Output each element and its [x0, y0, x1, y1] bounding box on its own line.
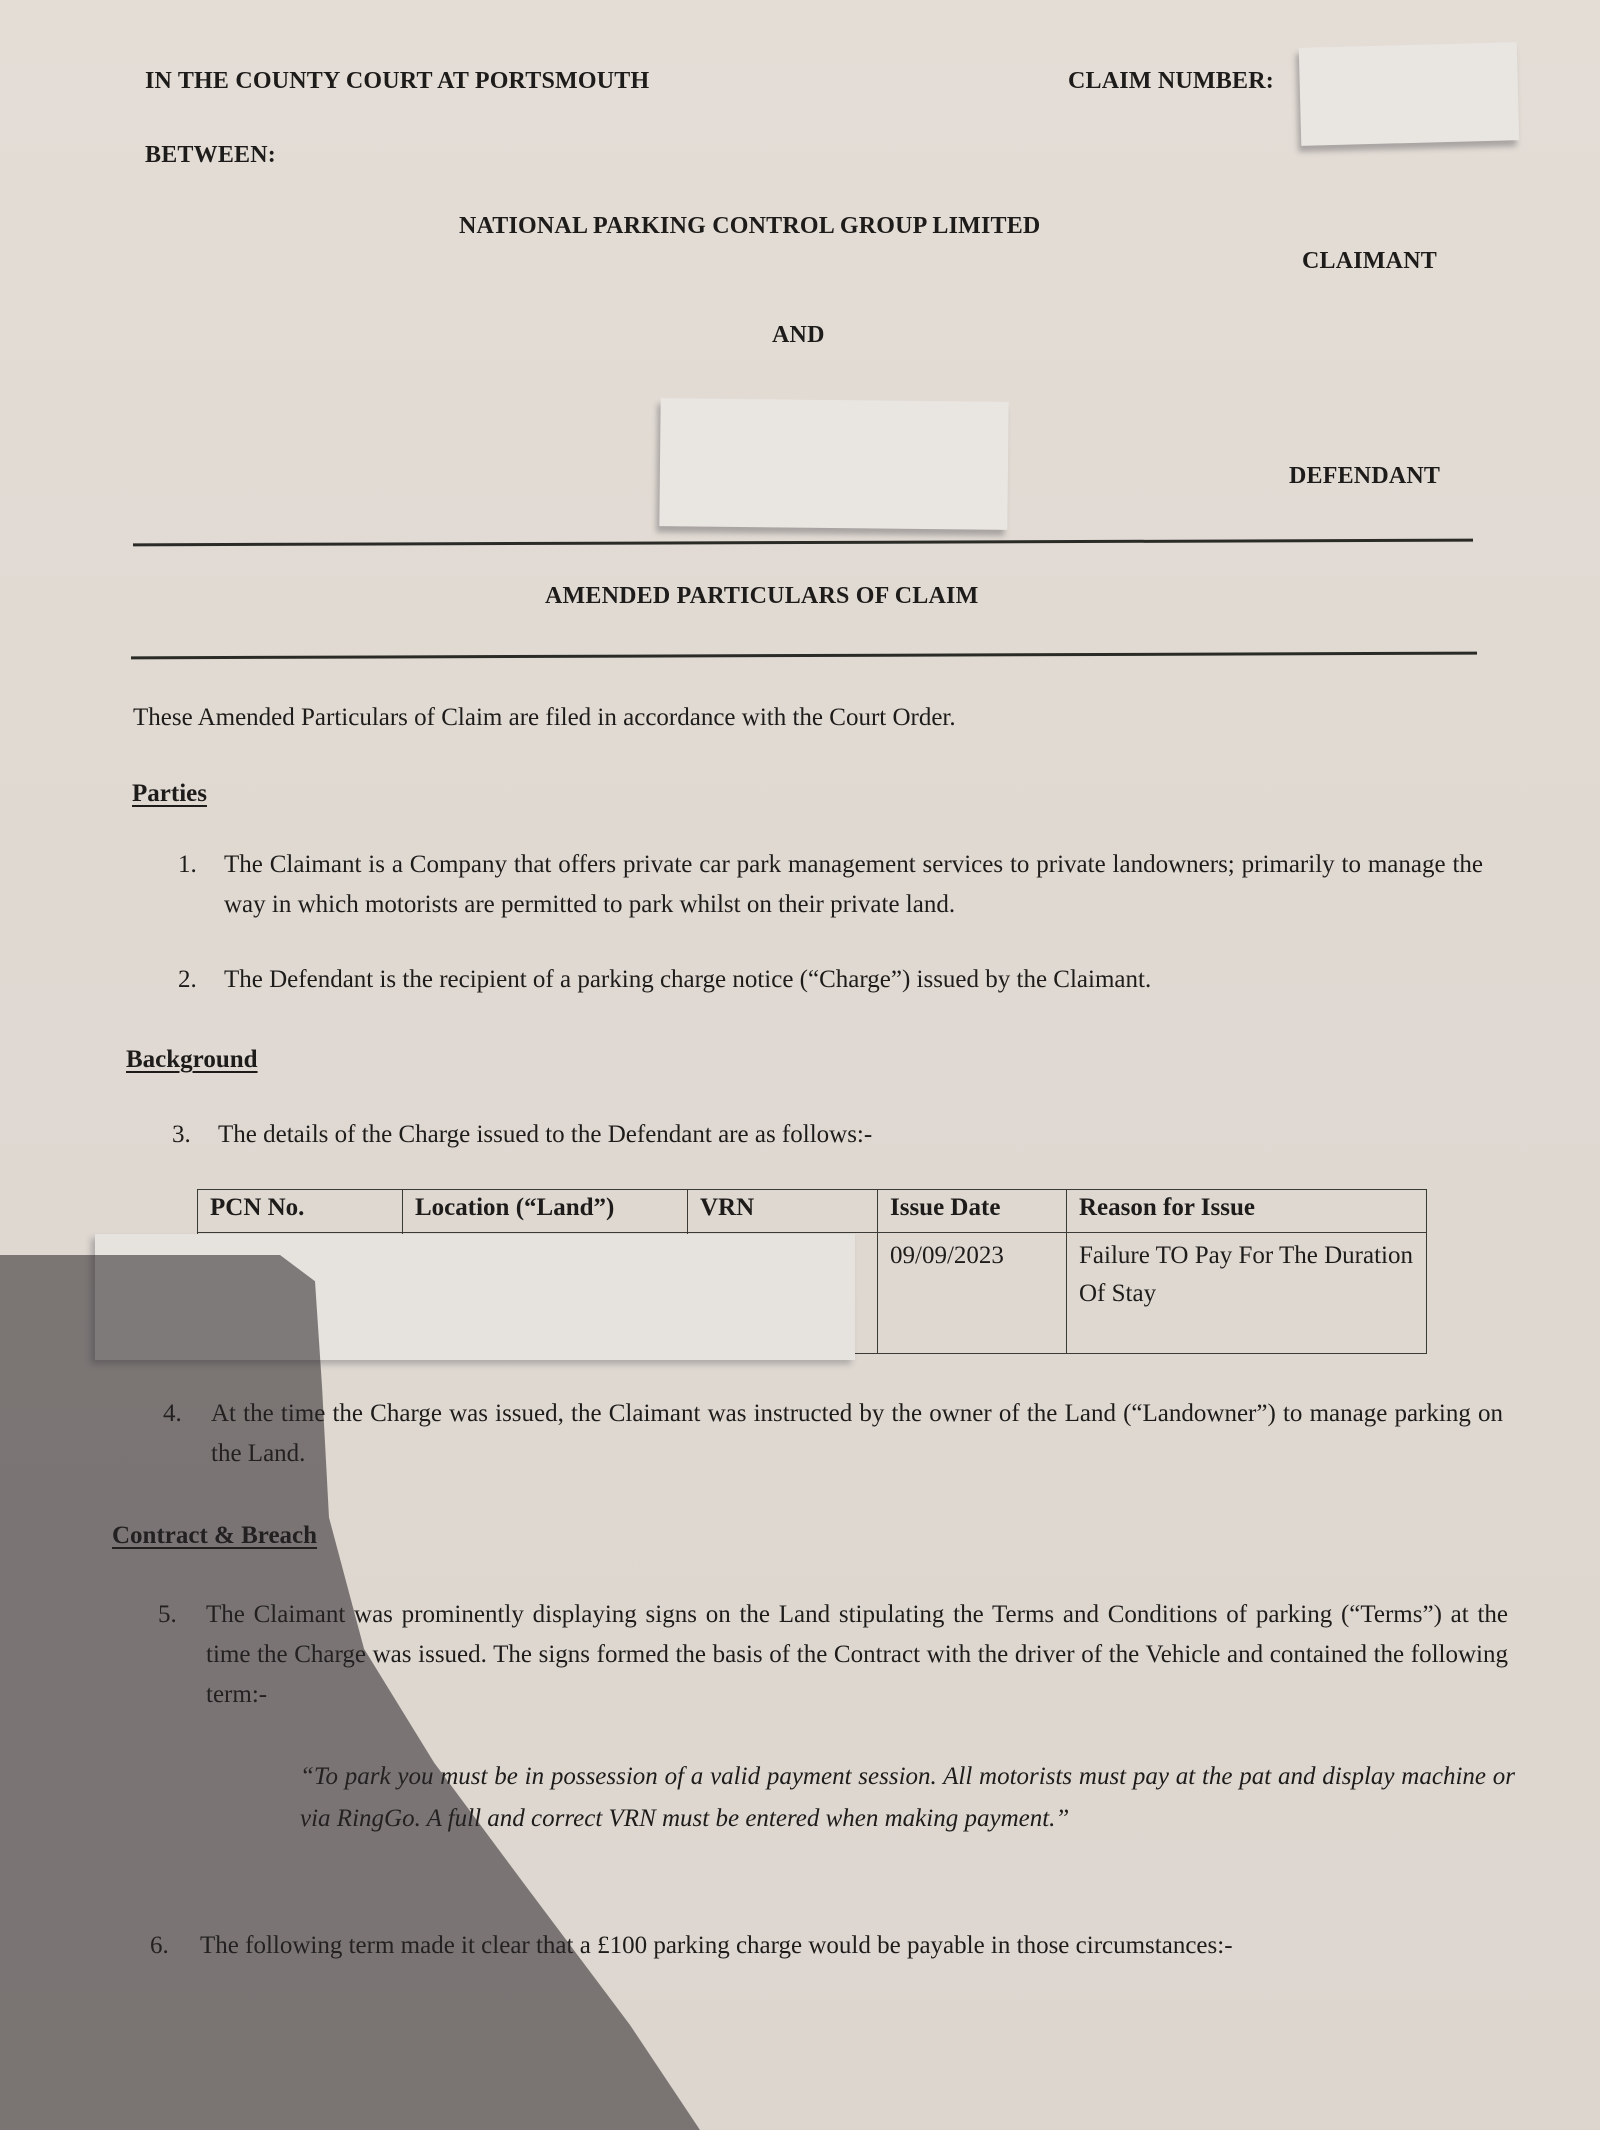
section-heading-background: Background: [126, 1040, 258, 1080]
sign-term-quote: “To park you must be in possession of a …: [300, 1756, 1515, 1840]
reason-cell: Failure TO Pay For The Duration Of Stay: [1067, 1233, 1427, 1354]
paragraph-number: 3.: [172, 1115, 191, 1155]
defendant-name-redaction: [659, 398, 1008, 530]
document-title: AMENDED PARTICULARS OF CLAIM: [545, 583, 978, 610]
paragraph-number: 5.: [158, 1595, 177, 1635]
court-document-page: IN THE COUNTY COURT AT PORTSMOUTH CLAIM …: [0, 0, 1600, 2130]
paragraph-text: The Claimant was prominently displaying …: [206, 1595, 1508, 1715]
paragraph-number: 1.: [178, 845, 197, 885]
table-header-row: PCN No. Location (“Land”) VRN Issue Date…: [198, 1190, 1427, 1233]
defendant-role: DEFENDANT: [1289, 463, 1440, 490]
claimant-name: NATIONAL PARKING CONTROL GROUP LIMITED: [459, 213, 1040, 240]
paragraph-number: 2.: [178, 960, 197, 1000]
issue-date-cell: 09/09/2023: [878, 1233, 1067, 1354]
divider-bottom: [131, 652, 1477, 660]
column-header: Reason for Issue: [1067, 1190, 1427, 1233]
claim-number-label: CLAIM NUMBER:: [1068, 68, 1274, 95]
court-name: IN THE COUNTY COURT AT PORTSMOUTH: [145, 68, 649, 95]
paragraph-number: 6.: [150, 1926, 169, 1966]
column-header: VRN: [688, 1190, 878, 1233]
paragraph-number: 4.: [163, 1394, 182, 1434]
paragraph-text: At the time the Charge was issued, the C…: [211, 1394, 1503, 1474]
divider-top: [133, 539, 1473, 547]
and-label: AND: [772, 322, 825, 349]
column-header: Location (“Land”): [403, 1190, 688, 1233]
claim-number-redaction: [1299, 42, 1519, 146]
section-heading-parties: Parties: [132, 774, 207, 814]
intro-text: These Amended Particulars of Claim are f…: [133, 698, 956, 738]
table-redaction: [95, 1234, 855, 1360]
between-label: BETWEEN:: [145, 142, 276, 169]
paragraph-text: The Claimant is a Company that offers pr…: [224, 845, 1483, 925]
section-heading-contract-breach: Contract & Breach: [112, 1516, 317, 1556]
paragraph-text: The Defendant is the recipient of a park…: [224, 960, 1483, 1000]
column-header: PCN No.: [198, 1190, 403, 1233]
paragraph-text: The details of the Charge issued to the …: [218, 1115, 1477, 1155]
column-header: Issue Date: [878, 1190, 1067, 1233]
paragraph-text: The following term made it clear that a …: [200, 1926, 1530, 1966]
claimant-role: CLAIMANT: [1302, 248, 1437, 275]
